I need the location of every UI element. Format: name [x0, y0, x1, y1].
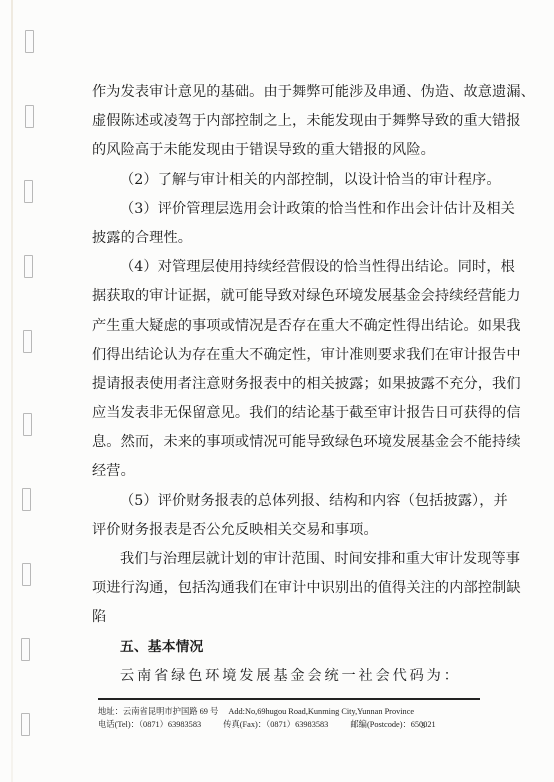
list-item-4: （4）对管理层使用持续经营假设的恰当性得出结论。同时，根: [92, 253, 458, 282]
binding-hole-icon: [22, 488, 31, 511]
page-number: 3: [421, 720, 425, 730]
section-heading: 五、基本情况: [92, 633, 458, 662]
text-line: 陷: [92, 603, 458, 632]
text-line: 们得出结论认为存在重大不确定性，审计准则要求我们在审计报告中: [92, 341, 458, 370]
address-cn: 地址：云南省昆明市护国路 69 号: [98, 706, 218, 719]
binding-hole-icon: [21, 638, 30, 661]
text-line: 息。然而，未来的事项或情况可能导致绿色环境发展基金会不能持续: [92, 428, 458, 457]
text-line: 项进行沟通，包括沟通我们在审计中识别出的值得关注的内部控制缺: [92, 574, 458, 603]
document-page: 作为发表审计意见的基础。由于舞弊可能涉及串通、伪造、故意遗漏、 虚假陈述或凌驾于…: [0, 0, 554, 782]
text-line: 产生重大疑虑的事项或情况是否存在重大不确定性得出结论。如果我: [92, 312, 458, 341]
text-line: 评价财务报表是否公允反映相关交易和事项。: [92, 516, 458, 545]
binding-hole-icon: [21, 713, 30, 736]
telephone: 电话(Tel)：（0871）63983583: [98, 719, 201, 732]
text-line: 应当发表非无保留意见。我们的结论基于截至审计报告日可获得的信: [92, 399, 458, 428]
list-item-3: （3）评价管理层选用会计政策的恰当性和作出会计估计及相关: [92, 195, 458, 224]
text-line: 据获取的审计证据，就可能导致对绿色环境发展基金会持续经营能力: [92, 282, 458, 311]
binding-hole-icon: [23, 413, 32, 436]
text-line: 披露的合理性。: [92, 224, 458, 253]
footer-divider: [98, 698, 480, 700]
text-line: 经营。: [92, 457, 458, 486]
page-edge-shadow: [11, 0, 13, 782]
list-item-5: （5）评价财务报表的总体列报、结构和内容（包括披露），并: [92, 487, 458, 516]
document-body: 作为发表审计意见的基础。由于舞弊可能涉及串通、伪造、故意遗漏、 虚假陈述或凌驾于…: [92, 78, 458, 691]
text-line: 的风险高于未能发现由于错误导致的重大错报的风险。: [92, 136, 458, 165]
footer-address-line: 地址：云南省昆明市护国路 69 号 Add:No,69hugou Road,Ku…: [98, 706, 480, 719]
binding-hole-icon: [22, 563, 31, 586]
binding-hole-icon: [25, 30, 34, 53]
fax: 传真(Fax)：（0871）63983583: [223, 719, 328, 732]
text-line: 作为发表审计意见的基础。由于舞弊可能涉及串通、伪造、故意遗漏、: [92, 78, 458, 107]
binding-hole-icon: [23, 330, 32, 353]
text-line: 我们与治理层就计划的审计范围、时间安排和重大审计发现等事: [92, 545, 458, 574]
text-line: 提请报表使用者注意财务报表中的相关披露；如果披露不充分，我们: [92, 370, 458, 399]
text-line: 虚假陈述或凌驾于内部控制之上，未能发现由于舞弊导致的重大错报: [92, 107, 458, 136]
binding-hole-icon: [24, 180, 33, 203]
binding-hole-icon: [24, 255, 33, 278]
address-en: Add:No,69hugou Road,Kunming City,Yunnan …: [228, 706, 414, 719]
section-first-line: 云南省绿色环境发展基金会统一社会代码为：: [92, 662, 458, 691]
binding-hole-icon: [25, 105, 34, 128]
list-item-2: （2）了解与审计相关的内部控制，以设计恰当的审计程序。: [92, 166, 458, 195]
